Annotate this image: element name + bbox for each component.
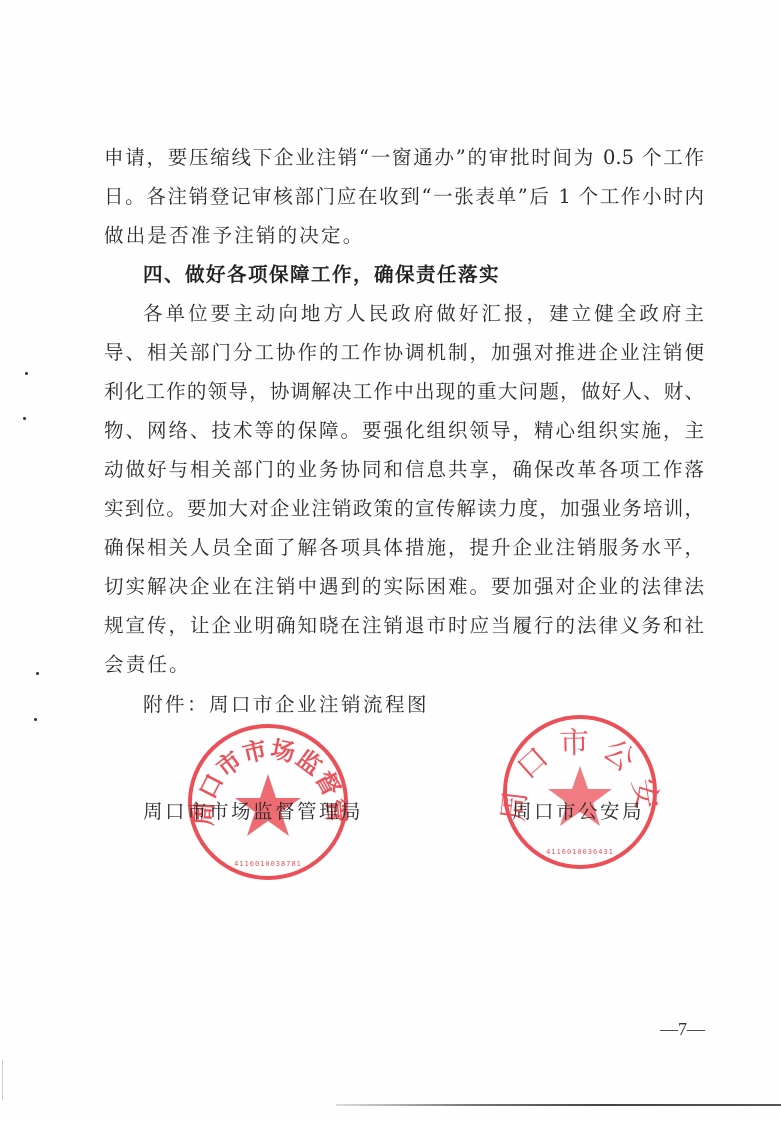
svg-text:4116010038781: 4116010038781 bbox=[234, 860, 302, 868]
attachment-line: 附件：周口市企业注销流程图 bbox=[143, 693, 429, 717]
document-page: 申请，要压缩线下企业注销“一窗通办”的审批时间为 0.5 个工作 日。各注销登记… bbox=[0, 0, 781, 1121]
body-line: 实到位。要加大对企业注销政策的宣传解读力度，加强业务培训， bbox=[104, 497, 704, 521]
body-line: 规宣传，让企业明确知晓在注销退市时应当履行的法律义务和社 bbox=[104, 614, 704, 638]
binding-hole-mark bbox=[23, 417, 26, 420]
binding-hole-mark bbox=[34, 718, 37, 721]
body-line: 物、网络、技术等的保障。要强化组织领导，精心组织实施，主 bbox=[104, 419, 704, 443]
binding-hole-mark bbox=[36, 672, 39, 675]
body-line: 日。各注销登记审核部门应在收到“一张表单”后 1 个工作小时内 bbox=[104, 185, 704, 209]
body-line: 切实解决企业在注销中遇到的实际困难。要加强对企业的法律法 bbox=[104, 575, 704, 599]
body-line: 各单位要主动向地方人民政府做好汇报，建立健全政府主 bbox=[143, 302, 704, 326]
signature-public-security: 周口市公安局 bbox=[512, 800, 644, 824]
section-heading: 四、做好各项保障工作，确保责任落实 bbox=[143, 263, 500, 287]
scan-edge-line bbox=[2, 1060, 3, 1100]
scan-edge-line bbox=[336, 1104, 781, 1106]
body-line: 申请，要压缩线下企业注销“一窗通办”的审批时间为 0.5 个工作 bbox=[104, 146, 704, 170]
official-seal-icon: 周口市公安局 4116010036431 bbox=[500, 712, 660, 872]
binding-hole-mark bbox=[25, 372, 28, 375]
body-line: 导、相关部门分工协作的工作协调机制，加强对推进企业注销便 bbox=[104, 341, 704, 365]
page-number: —7— bbox=[660, 1018, 705, 1040]
svg-text:4116010036431: 4116010036431 bbox=[546, 848, 614, 856]
body-line: 会责任。 bbox=[104, 653, 704, 677]
body-line: 动做好与相关部门的业务协同和信息共享，确保改革各项工作落 bbox=[104, 458, 704, 482]
body-line: 利化工作的领导，协调解决工作中出现的重大问题，做好人、财、 bbox=[104, 380, 704, 404]
body-line: 做出是否准予注销的决定。 bbox=[104, 224, 704, 248]
signature-market-supervision: 周口市市场监督管理局 bbox=[143, 800, 363, 824]
body-line: 确保相关人员全面了解各项具体措施，提升企业注销服务水平， bbox=[104, 536, 704, 560]
